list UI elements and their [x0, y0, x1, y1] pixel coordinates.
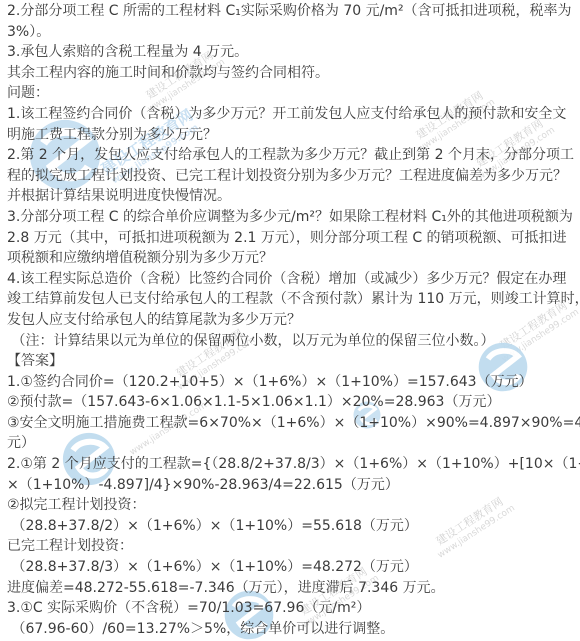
doc-line: （67.96-60）/60=13.27%＞5%，综合单价可以进行调整。	[7, 619, 580, 640]
doc-line: 其余工程内容的施工时间和价款均与签约合同相符。	[7, 63, 580, 84]
doc-line: （注：计算结果以元为单位的保留两位小数，以万元为单位的保留三位小数。）	[7, 331, 580, 352]
document-page: 建设工程教育网 www.jianshe99.com 建设工程教育网 www.ji…	[0, 0, 580, 641]
document-text: 2.分部分项工程 C 所需的工程材料 C₁实际采购价格为 70 元/m²（含可抵…	[7, 1, 580, 639]
doc-line: ③安全文明施工措施费工程款=6×70%×（1+6%）×（1+10%）×90%=4…	[7, 413, 580, 434]
doc-line: 3%）。	[7, 22, 580, 43]
answer-heading: 【答案】	[7, 351, 580, 372]
doc-line: 1.该工程签约合同价（含税）为多少万元？开工前发包人应支付给承包人的预付款和安全…	[7, 104, 580, 125]
doc-line: 已完工程计划投资：	[7, 536, 580, 557]
doc-line: 竣工结算前发包人已支付给承包人的工程款（不含预付款）累计为 110 万元，则竣工…	[7, 289, 580, 310]
doc-line: 程的拟完成工程计划投资、已完工程计划投资分别为多少万元？工程进度偏差为多少万元？	[7, 166, 580, 187]
doc-line: 问题：	[7, 83, 580, 104]
doc-line: ②拟完工程计划投资：	[7, 495, 580, 516]
doc-line: 4.该工程实际总造价（含税）比签约合同价（含税）增加（或减少）多少万元？假定在办…	[7, 269, 580, 290]
doc-line: 进度偏差=48.272-55.618=-7.346（万元），进度滞后 7.346…	[7, 578, 580, 599]
doc-line: 元）	[7, 433, 580, 454]
doc-line: ②预付款=（157.643-6×1.06×1.1-5×1.06×1.1）×20%…	[7, 392, 580, 413]
doc-line: （28.8+37.8/2）×（1+6%）×（1+10%）=55.618（万元）	[7, 516, 580, 537]
doc-line: 1.①签约合同价=（120.2+10+5）×（1+6%）×（1+10%）=157…	[7, 372, 580, 393]
doc-line: 项税额和应缴纳增值税额分别为多少万元？	[7, 248, 580, 269]
doc-line: 发包人应支付给承包人的结算尾款为多少万元？	[7, 310, 580, 331]
doc-line: 2.8 万元（其中，可抵扣进项税额为 2.1 万元），则分部分项工程 C 的销项…	[7, 228, 580, 249]
doc-line: （28.8+37.8/3）×（1+6%）×（1+10%）=48.272（万元）	[7, 557, 580, 578]
doc-line: ×（1+10%）-4.897]/4}×90%-28.963/4=22.615（万…	[7, 475, 580, 496]
doc-line: 明施工费工程款分别为多少万元？	[7, 125, 580, 146]
doc-line: 并根据计算结果说明进度快慢情况。	[7, 186, 580, 207]
doc-line: 2.分部分项工程 C 所需的工程材料 C₁实际采购价格为 70 元/m²（含可抵…	[7, 1, 580, 22]
doc-line: 2.第 2 个月，发包人应支付给承包人的工程款为多少万元？截止到第 2 个月末，…	[7, 145, 580, 166]
doc-line: 2.①第 2 个月应支付的工程款={（28.8/2+37.8/3）×（1+6%）…	[7, 454, 580, 475]
doc-line: 3.承包人索赔的含税工程量为 4 万元。	[7, 42, 580, 63]
doc-line: 3.分部分项工程 C 的综合单价应调整为多少元/m²？如果除工程材料 C₁外的其…	[7, 207, 580, 228]
doc-line: 3.①C 实际采购价（不含税）=70/1.03=67.96（元/m²）	[7, 598, 580, 619]
